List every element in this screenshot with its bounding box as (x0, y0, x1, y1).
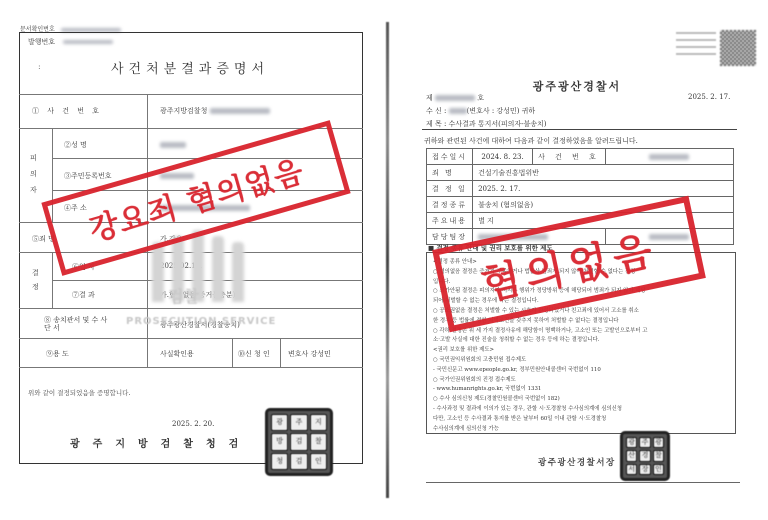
decision-result-label: ⑦결 과 (72, 290, 95, 300)
column-divider (52, 252, 53, 308)
seal-character: 지 (310, 414, 327, 431)
certificate-document: 문서확인번호 발행번호 : 사건처분결과증명서 ① 사 건 번 호 광주지방검찰… (0, 0, 380, 520)
applicant-label: ⑩신 청 인 (238, 349, 270, 359)
decision-type-label: 결정종류 (427, 197, 473, 213)
resident-number-label: ③주민등록번호 (64, 171, 112, 181)
prosecutor-office: 광주지방검찰청 (160, 107, 207, 115)
watermark-bar (212, 236, 224, 302)
issue-number: 발행번호 (28, 37, 113, 47)
seal-character: 광 (626, 437, 637, 448)
notice-line: <권리 보호를 위한 제도> (433, 345, 494, 353)
received-label: 접수일시 (427, 149, 473, 165)
subject-line: 제 목 : 수사결과 통지서(피의자-불송치) (426, 119, 547, 129)
notice-line: 다만, 고소인 등 수사결과 통지를 받은 날부터 60일 이내 관할 시·도경… (433, 414, 606, 422)
certificate-title: 사건처분결과증명서 (0, 58, 380, 77)
official-seal-icon: 광주지방검찰청검인 (265, 408, 333, 476)
recipient-detail: (변호사 : 강성민) 귀하 (467, 107, 536, 115)
notice-date: 2025. 2. 17. (688, 93, 730, 101)
official-seal-icon: 광주광산경찰서장인 (620, 431, 670, 481)
decision-group-label: 결 정 (32, 266, 39, 294)
qr-code-icon (720, 30, 756, 66)
row-divider (19, 367, 363, 368)
notice-line: 수사심의계에 심의신청 가능 (433, 424, 499, 432)
seal-character: 광 (653, 437, 664, 448)
seal-character: 방 (271, 433, 288, 450)
decision-date-label: 결 정 일 (427, 181, 473, 197)
seal-character: 장 (639, 464, 650, 475)
seal-character: 주 (290, 414, 307, 431)
case-number-label: ① 사 건 번 호 (32, 106, 102, 116)
document-number: 제 호 (426, 93, 484, 103)
watermark-subtitle: PROSECUTION SERVICE (126, 316, 276, 327)
doc-no-suffix: 호 (477, 94, 484, 102)
seal-character: 검 (290, 433, 307, 450)
issue-number-label: 발행번호 (28, 38, 55, 46)
row-divider (19, 338, 363, 339)
redacted-value (210, 108, 270, 114)
charge-label: 죄 명 (427, 165, 473, 181)
seal-character: 산 (626, 450, 637, 461)
subject-divider (422, 129, 737, 130)
name-label: ②성 명 (64, 140, 87, 150)
table-row: 접수일시 2024. 8. 23. 사 건 번 호 (427, 149, 734, 165)
redacted-value (61, 28, 121, 32)
column-divider (232, 338, 233, 367)
purpose-value: 사실확인용 (160, 349, 194, 359)
received-value: 2024. 8. 23. (473, 149, 533, 165)
notice-line: - www.humanrights.go.kr, 국번없이 1331 (433, 384, 541, 392)
decision-date-value: 2025. 2. 17. (473, 181, 734, 197)
seal-character: 서 (626, 464, 637, 475)
charge-value: 건설기술진흥법위반 (473, 165, 734, 181)
police-notice-document: 광주광산경찰서 제 호 2025. 2. 17. 수 신 : (변호사 : 강성… (386, 0, 768, 520)
seal-character: 인 (653, 464, 664, 475)
seal-character: 검 (290, 453, 307, 470)
redacted-value (435, 95, 475, 101)
seal-character: 찰 (310, 433, 327, 450)
certify-text: 위와 같이 결정되었음을 증명합니다. (28, 388, 130, 397)
redacted-value (63, 40, 113, 44)
purpose-label: ⑨용 도 (46, 349, 69, 359)
referral-office-label: ⑧ 송치관서 및 수 사 단 서 (44, 316, 110, 332)
applicant-value: 변호사 강성민 (288, 349, 331, 359)
police-station-title: 광주광산경찰서 (386, 78, 768, 94)
seal-character: 찰 (653, 450, 664, 461)
seal-character: 청 (271, 453, 288, 470)
qr-caption (676, 32, 716, 66)
suspect-group-label: 피 의 자 (30, 150, 37, 198)
name-value (160, 141, 186, 149)
notice-line: - 국민신문고 www.epeople.go.kr, 정부민원안내콜센터 국번없… (433, 365, 601, 373)
main-content-label: 주요내용 (427, 213, 473, 229)
issue-date: 2025. 2. 20. (172, 420, 214, 428)
seal-character: 경 (639, 450, 650, 461)
notice-line: - 수사과정 및 결과에 이의가 있는 경우, 관할 시·도경찰청 수사심의계에… (433, 404, 622, 412)
case-number-value: 광주지방검찰청 (160, 106, 270, 116)
redacted-value (649, 154, 689, 160)
table-row: 죄 명 건설기술진흥법위반 (427, 165, 734, 181)
issuer-name: 광주지방검찰청검 (70, 435, 251, 450)
redacted-value (449, 108, 467, 114)
decision-type-value: 불송치 (혐의없음) (473, 197, 734, 213)
notice-line: 소·고발 사실에 대한 진술을 청취할 수 없는 경우 등에 하는 결정입니다. (433, 335, 599, 343)
notice-line: ○ 국가인권위원회의 진정 접수제도 (433, 375, 516, 383)
watermark-bar (152, 242, 164, 302)
case-number-value (605, 149, 733, 165)
watermark-bar (232, 242, 244, 302)
seal-character: 인 (310, 453, 327, 470)
watermark-word: 검찰 (168, 284, 199, 307)
seal-character: 주 (639, 437, 650, 448)
seal-character: 광 (271, 414, 288, 431)
notice-line: ○ 수사 심의신청 제도(경찰민원콜센터 국번없이 182) (433, 394, 560, 402)
notice-line: ○ 국민권익위원회의 고충민원 접수제도 (433, 355, 526, 363)
recipient-line: 수 신 : (변호사 : 강성민) 귀하 (426, 106, 535, 116)
recipient-label: 수 신 : (426, 107, 446, 115)
row-divider (19, 94, 363, 95)
case-number-label: 사 건 번 호 (533, 149, 606, 165)
column-divider (280, 338, 281, 367)
intro-text: 귀하와 관련된 사건에 대하여 다음과 같이 결정하였음을 알려드립니다. (424, 136, 638, 146)
doc-no-prefix: 제 (426, 94, 433, 102)
redacted-value (160, 142, 186, 148)
bottom-divider (426, 482, 740, 483)
table-row: 결 정 일 2025. 2. 17. (427, 181, 734, 197)
issuer-name: 광주광산경찰서장 (538, 456, 616, 468)
